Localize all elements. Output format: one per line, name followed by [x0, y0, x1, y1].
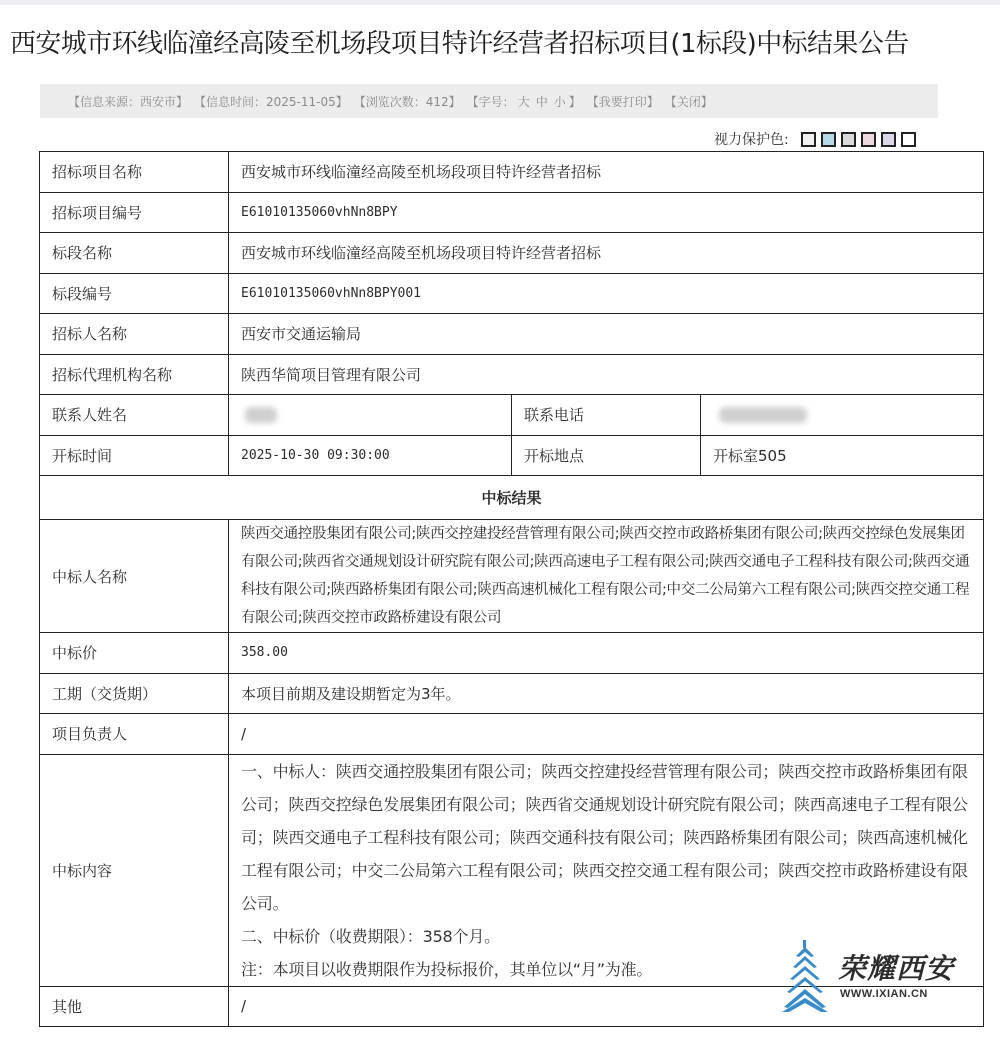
row-label: 招标项目编号 — [40, 192, 229, 233]
page-title: 西安城市环线临潼经高陵至机场段项目特许经营者招标项目(1标段)中标结果公告 — [10, 24, 995, 64]
eye-care-color-picker: 视力保护色: — [714, 128, 921, 150]
table-row-project-name: 招标项目名称 西安城市环线临潼经高陵至机场段项目特许经营者招标 — [40, 152, 984, 193]
table-row-agency: 招标代理机构名称 陕西华简项目管理有限公司 — [40, 354, 984, 395]
price-label: 中标价 — [40, 633, 229, 674]
contact-name-value — [229, 395, 512, 436]
table-row-opening: 开标时间 2025-10-30 09:30:00 开标地点 开标室505 — [40, 435, 984, 476]
content-label: 中标内容 — [40, 754, 229, 986]
winners-value: 陕西交通控股集团有限公司;陕西交控建投经营管理有限公司;陕西交控市政路桥集团有限… — [229, 520, 984, 633]
contact-phone-label: 联系电话 — [512, 395, 701, 436]
period-value: 本项目前期及建设期暂定为3年。 — [229, 673, 984, 714]
row-value: E61010135060vhNn8BPY — [229, 192, 984, 233]
table-row-period: 工期（交货期） 本项目前期及建设期暂定为3年。 — [40, 673, 984, 714]
table-row-price: 中标价 358.00 — [40, 633, 984, 674]
row-label: 标段编号 — [40, 273, 229, 314]
row-value: 西安城市环线临潼经高陵至机场段项目特许经营者招标 — [229, 233, 984, 274]
redacted-name — [245, 407, 277, 423]
info-time: 【信息时间：2025-11-05】 — [194, 93, 348, 110]
watermark-text: 荣耀西安 WWW.IXIAN.CN — [838, 952, 954, 1000]
table-row-contact: 联系人姓名 联系电话 — [40, 395, 984, 436]
contact-name-label: 联系人姓名 — [40, 395, 229, 436]
font-size-bracket: 】 — [569, 95, 581, 109]
close-link[interactable]: 【关闭】 — [665, 93, 713, 110]
manager-label: 项目负责人 — [40, 714, 229, 755]
font-size-small-button[interactable]: 小 — [554, 95, 566, 109]
top-strip — [0, 0, 1000, 5]
print-link[interactable]: 【我要打印】 — [587, 93, 659, 110]
table-row-project-number: 招标项目编号 E61010135060vhNn8BPY — [40, 192, 984, 233]
other-label: 其他 — [40, 986, 229, 1027]
eye-care-swatch-3[interactable] — [841, 132, 856, 147]
table-row-section-number: 标段编号 E61010135060vhNn8BPY001 — [40, 273, 984, 314]
winners-label: 中标人名称 — [40, 520, 229, 633]
table-row-manager: 项目负责人 / — [40, 714, 984, 755]
pagoda-logo-icon — [782, 940, 828, 1012]
info-source: 【信息来源：西安市】 — [68, 93, 188, 110]
eye-care-swatch-5[interactable] — [881, 132, 896, 147]
watermark-url: WWW.IXIAN.CN — [838, 988, 930, 1000]
bid-result-table: 招标项目名称 西安城市环线临潼经高陵至机场段项目特许经营者招标 招标项目编号 E… — [39, 151, 984, 1027]
table-row-section-title: 中标结果 — [40, 476, 984, 520]
eye-care-label: 视力保护色: — [714, 129, 789, 149]
opening-place-label: 开标地点 — [512, 435, 701, 476]
contact-phone-value — [701, 395, 984, 436]
content-line-winners: 一、中标人：陕西交通控股集团有限公司；陕西交控建投经营管理有限公司；陕西交控市政… — [241, 755, 971, 920]
eye-care-swatch-4[interactable] — [861, 132, 876, 147]
row-label: 标段名称 — [40, 233, 229, 274]
watermark: 荣耀西安 WWW.IXIAN.CN — [782, 938, 982, 1013]
eye-care-swatch-1[interactable] — [801, 132, 816, 147]
price-value: 358.00 — [229, 633, 984, 674]
row-label: 招标人名称 — [40, 314, 229, 355]
manager-value: / — [229, 714, 984, 755]
font-size-label: 【字号： — [467, 95, 515, 109]
eye-care-swatch-6[interactable] — [901, 132, 916, 147]
watermark-brand: 荣耀西安 — [838, 952, 954, 986]
opening-time-label: 开标时间 — [40, 435, 229, 476]
period-label: 工期（交货期） — [40, 673, 229, 714]
eye-care-swatch-2[interactable] — [821, 132, 836, 147]
redacted-phone — [719, 407, 807, 423]
info-bar: 【信息来源：西安市】 【信息时间：2025-11-05】 【浏览次数：412】 … — [40, 84, 938, 118]
table-row-section-name: 标段名称 西安城市环线临潼经高陵至机场段项目特许经营者招标 — [40, 233, 984, 274]
opening-place-value: 开标室505 — [701, 435, 984, 476]
table-row-winners: 中标人名称 陕西交通控股集团有限公司;陕西交控建投经营管理有限公司;陕西交控市政… — [40, 520, 984, 633]
row-value: 西安城市环线临潼经高陵至机场段项目特许经营者招标 — [229, 152, 984, 193]
table-row-tenderer: 招标人名称 西安市交通运输局 — [40, 314, 984, 355]
row-label: 招标项目名称 — [40, 152, 229, 193]
font-size-large-button[interactable]: 大 — [518, 95, 530, 109]
font-size-control: 【字号：大中小】 — [467, 93, 581, 110]
section-title: 中标结果 — [40, 476, 984, 520]
row-value: E61010135060vhNn8BPY001 — [229, 273, 984, 314]
font-size-medium-button[interactable]: 中 — [536, 95, 548, 109]
info-views: 【浏览次数：412】 — [354, 93, 461, 110]
row-value: 陕西华简项目管理有限公司 — [229, 354, 984, 395]
row-label: 招标代理机构名称 — [40, 354, 229, 395]
opening-time-value: 2025-10-30 09:30:00 — [229, 435, 512, 476]
row-value: 西安市交通运输局 — [229, 314, 984, 355]
